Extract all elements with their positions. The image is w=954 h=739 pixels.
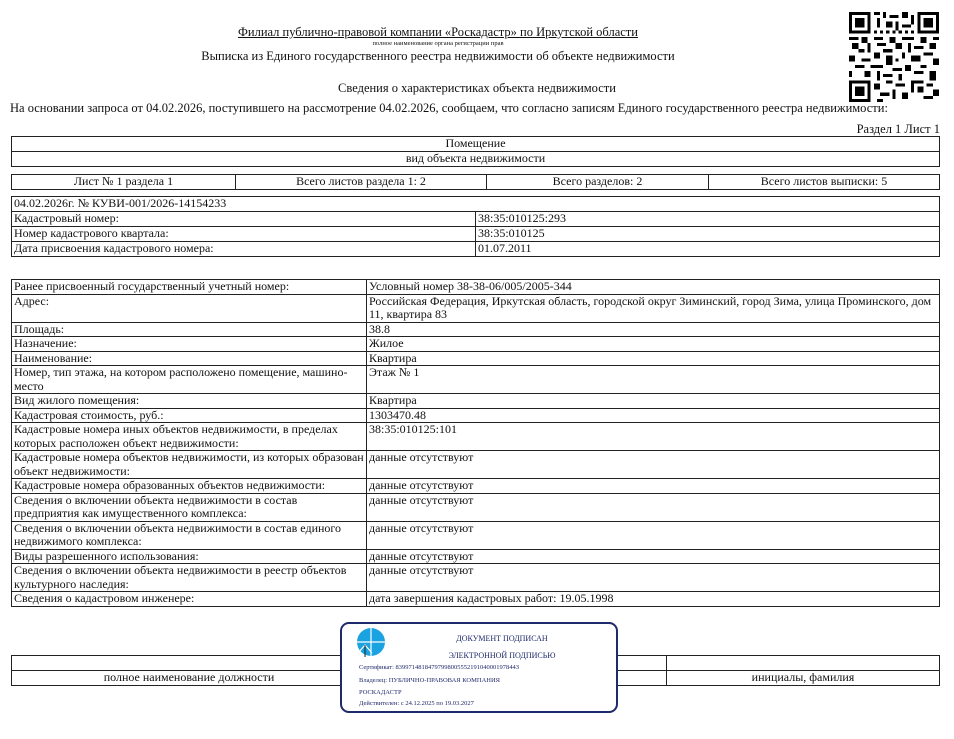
row-label: Ранее присвоенный государственный учетны… (12, 280, 367, 295)
row-value: Квартира (367, 351, 940, 366)
row-label: Виды разрешенного использования: (12, 549, 367, 564)
row-label: Сведения о кадастровом инженере: (12, 592, 367, 607)
row-label: Кадастровые номера объектов недвижимости… (12, 451, 367, 479)
row-label: Сведения о включении объекта недвижимост… (12, 521, 367, 549)
table-row: Наименование:Квартира (12, 351, 940, 366)
row-value: дата завершения кадастровых работ: 19.05… (367, 592, 940, 607)
position-caption: полное наименование должности (12, 671, 367, 686)
roskadastr-logo-icon (356, 627, 386, 657)
row-label: Площадь: (12, 322, 367, 337)
extract-sheets-total: Всего листов выписки: 5 (709, 175, 940, 190)
object-type-value: Помещение (12, 137, 940, 152)
row-label: Адрес: (12, 294, 367, 322)
row-label: Кадастровая стоимость, руб.: (12, 408, 367, 423)
row-value: данные отсутствуют (367, 521, 940, 549)
row-value: Квартира (367, 394, 940, 409)
row-value: 38:35:010125:101 (367, 423, 940, 451)
document-title: Выписка из Единого государственного реес… (0, 49, 876, 64)
stamp-owner-line2: РОСКАДАСТР (359, 689, 402, 696)
row-value: данные отсутствуют (367, 451, 940, 479)
row-label: Кадастровые номера иных объектов недвижи… (12, 423, 367, 451)
row-label: Сведения о включении объекта недвижимост… (12, 564, 367, 592)
row-value: данные отсутствуют (367, 549, 940, 564)
table-row: Сведения о включении объекта недвижимост… (12, 521, 940, 549)
electronic-signature-stamp: ДОКУМЕНТ ПОДПИСАН ЭЛЕКТРОННОЙ ПОДПИСЬЮ С… (340, 622, 618, 713)
sheet-number: Лист № 1 раздела 1 (12, 175, 236, 190)
row-value: 1303470.48 (367, 408, 940, 423)
table-row: Адрес:Российская Федерация, Иркутская об… (12, 294, 940, 322)
table-row: Виды разрешенного использования:данные о… (12, 549, 940, 564)
row-label: Кадастровый номер: (12, 212, 476, 227)
table-row: Площадь:38.8 (12, 322, 940, 337)
object-type-table: Помещение вид объекта недвижимости (11, 136, 940, 167)
table-row: Номер кадастрового квартала: 38:35:01012… (12, 227, 940, 242)
table-row: Кадастровая стоимость, руб.:1303470.48 (12, 408, 940, 423)
row-value: данные отсутствуют (367, 564, 940, 592)
row-value: Российская Федерация, Иркутская область,… (367, 294, 940, 322)
row-label: Номер кадастрового квартала: (12, 227, 476, 242)
row-value: 01.07.2011 (476, 242, 940, 257)
qr-code-icon (849, 12, 939, 102)
row-label: Кадастровые номера образованных объектов… (12, 479, 367, 494)
table-row: Сведения о включении объекта недвижимост… (12, 493, 940, 521)
organization-caption: полное наименование органа регистрации п… (0, 40, 876, 47)
table-row: Кадастровые номера объектов недвижимости… (12, 451, 940, 479)
section-sheets-total: Всего листов раздела 1: 2 (236, 175, 487, 190)
row-value: Жилое (367, 337, 940, 352)
extract-reference: 04.02.2026г. № КУВИ-001/2026-14154233 (12, 197, 940, 212)
stamp-validity: Действителен: с 24.12.2025 по 19.03.2027 (359, 700, 474, 707)
sheet-info-table: Лист № 1 раздела 1 Всего листов раздела … (11, 174, 940, 190)
table-row: Сведения о кадастровом инженере:дата зав… (12, 592, 940, 607)
table-row: Кадастровые номера иных объектов недвижи… (12, 423, 940, 451)
details-table: Ранее присвоенный государственный учетны… (11, 279, 940, 607)
row-label: Номер, тип этажа, на котором расположено… (12, 366, 367, 394)
name-caption: инициалы, фамилия (667, 671, 940, 686)
row-label: Назначение: (12, 337, 367, 352)
basis-text: На основании запроса от 04.02.2026, пост… (10, 101, 888, 116)
row-value: данные отсутствуют (367, 479, 940, 494)
row-value: данные отсутствуют (367, 493, 940, 521)
row-label: Наименование: (12, 351, 367, 366)
table-row: Назначение:Жилое (12, 337, 940, 352)
identification-table: 04.02.2026г. № КУВИ-001/2026-14154233 Ка… (11, 196, 940, 257)
section-title: Сведения о характеристиках объекта недви… (0, 81, 954, 96)
table-row: Кадастровый номер: 38:35:010125:293 (12, 212, 940, 227)
row-value: Этаж № 1 (367, 366, 940, 394)
row-value: 38:35:010125:293 (476, 212, 940, 227)
row-label: Вид жилого помещения: (12, 394, 367, 409)
stamp-title-line2: ЭЛЕКТРОННОЙ ПОДПИСЬЮ (402, 651, 602, 660)
table-row: Ранее присвоенный государственный учетны… (12, 280, 940, 295)
organization-name: Филиал публично-правовой компании «Роска… (0, 25, 876, 40)
stamp-title-line1: ДОКУМЕНТ ПОДПИСАН (402, 634, 602, 643)
row-value: 38.8 (367, 322, 940, 337)
section-sheet-label: Раздел 1 Лист 1 (857, 122, 940, 137)
object-type-caption: вид объекта недвижимости (12, 152, 940, 167)
table-row: Дата присвоения кадастрового номера: 01.… (12, 242, 940, 257)
row-value: 38:35:010125 (476, 227, 940, 242)
stamp-certificate: Сертификат: 8399714818479799800555219104… (359, 664, 519, 671)
row-label: Дата присвоения кадастрового номера: (12, 242, 476, 257)
table-row: Сведения о включении объекта недвижимост… (12, 564, 940, 592)
table-row: Кадастровые номера образованных объектов… (12, 479, 940, 494)
table-row: Вид жилого помещения:Квартира (12, 394, 940, 409)
stamp-owner-line1: Владелец: ПУБЛИЧНО-ПРАВОВАЯ КОМПАНИЯ (359, 677, 500, 684)
sections-total: Всего разделов: 2 (487, 175, 709, 190)
row-value: Условный номер 38-38-06/005/2005-344 (367, 280, 940, 295)
table-row: Номер, тип этажа, на котором расположено… (12, 366, 940, 394)
row-label: Сведения о включении объекта недвижимост… (12, 493, 367, 521)
